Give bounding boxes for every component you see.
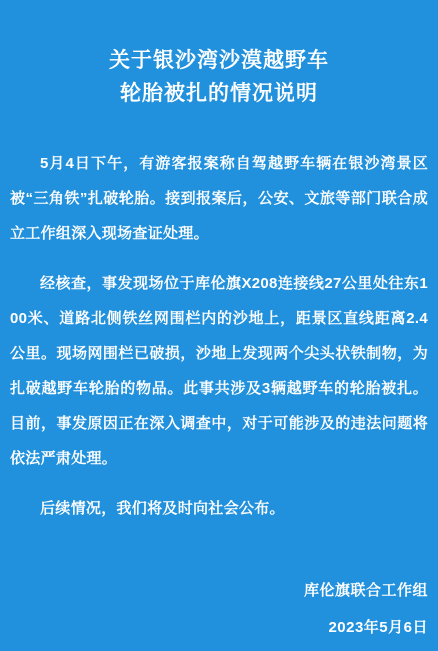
page-title: 关于银沙湾沙漠越野车 轮胎被扎的情况说明 [10, 44, 428, 110]
announcement-page: 关于银沙湾沙漠越野车 轮胎被扎的情况说明 5月4日下午，有游客报案称自驾越野车辆… [0, 0, 438, 651]
signature-block: 库伦旗联合工作组 2023年5月6日 [10, 572, 428, 646]
paragraph-incident-report: 5月4日下午，有游客报案称自驾越野车辆在银沙湾景区被“三角铁”扎破轮胎。接到报案… [10, 146, 428, 251]
signature-date: 2023年5月6日 [10, 609, 428, 646]
announcement-body: 5月4日下午，有游客报案称自驾越野车辆在银沙湾景区被“三角铁”扎破轮胎。接到报案… [10, 146, 428, 526]
paragraph-investigation-findings: 经核查，事发现场位于库伦旗X208连接线27公里处往东100米、道路北侧铁丝网围… [10, 266, 428, 476]
title-line-1: 关于银沙湾沙漠越野车 [10, 44, 428, 77]
paragraph-followup-notice: 后续情况，我们将及时向社会公布。 [10, 491, 428, 526]
title-line-2: 轮胎被扎的情况说明 [10, 77, 428, 110]
signature-org: 库伦旗联合工作组 [10, 572, 428, 609]
